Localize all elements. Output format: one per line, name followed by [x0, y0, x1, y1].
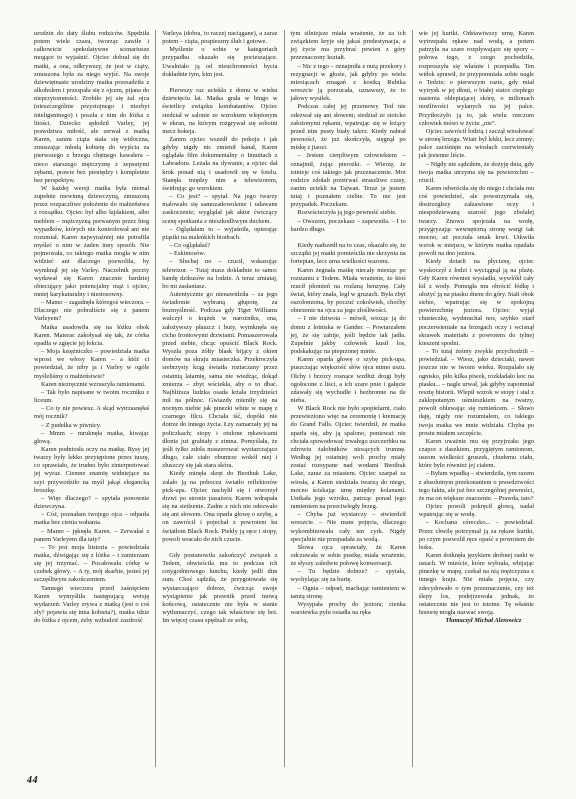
paragraph: Pierwszy raz uciekła z domu w wieku dzie… — [162, 87, 277, 136]
paragraph: Tamtego wieczora przed zaśnięciem Karen … — [34, 585, 149, 626]
paragraph: Karen niezręcznie wzruszyła ramionami. — [34, 381, 149, 389]
paragraph: Ojciec powoli pokręcił głową, nadal wpat… — [419, 503, 534, 519]
paragraph: – I nie dziwota – mówił, wioząc ją do do… — [291, 315, 406, 356]
paragraph: Karen żegnała matkę niecały miesiąc po r… — [291, 267, 406, 316]
paragraph: – Tu będzie dobrze? – spytała, wychylają… — [291, 568, 406, 584]
paragraph: – Oglądałam to – wyjaśniła, opierając pi… — [162, 226, 277, 242]
text-column-4: wie jej kurtki. Odstawiwszy urnę, Karen … — [412, 30, 540, 767]
paragraph: – To tutaj żeśmy zwykle przychodzili – p… — [419, 348, 534, 438]
paragraph: – Z pudełka w piwnicy. — [34, 422, 149, 430]
text-column-3: tym silniejsze miała wrażenie, że za ich… — [284, 30, 412, 767]
paragraph: – Nigdy nie sądziłem, że dożyję dnia, gd… — [419, 161, 534, 185]
paragraph: Słowa ojca sprawiały, że Karen odczuwała… — [291, 544, 406, 568]
paragraph: Kiedy nadszedł na to czas, okazało się, … — [291, 242, 406, 266]
text-column-1: urodzin do daty ślubu rodziców. Spędziła… — [28, 30, 155, 767]
text-column-2: Varleya (dobra, to raczej naciągane), a … — [155, 30, 283, 767]
paragraph: – To jest moja historia – powiedziała ma… — [34, 544, 149, 585]
paragraph: W każdej wersji matka była niemal zupełn… — [34, 185, 149, 299]
paragraph: tym silniejsze miała wrażenie, że za ich… — [291, 30, 406, 63]
paragraph: – Tak było napisane w twoim roczniku z l… — [34, 389, 149, 405]
paragraph: – Co oglądałaś? — [162, 242, 277, 250]
paragraph: – Eskimosów. — [162, 250, 277, 258]
paragraph: – Cóż, poznałam twojego ojca – odparła m… — [34, 511, 149, 527]
paragraph: – Chyba już wystarczy – stwierdził wresz… — [291, 511, 406, 544]
paragraph: Gdy postanowiła zakończyć związek z Tede… — [162, 552, 277, 625]
paragraph: – Nic z tego – oznajmiła z nutą przekory… — [291, 63, 406, 104]
paragraph: W Black Rock nie było spopielarni, ciało… — [291, 405, 406, 511]
paragraph: Kiedy minęła skręt do Beothuk Lake, zala… — [162, 470, 277, 543]
paragraph: – Co jest? – spytał. Na jego twarzy malo… — [162, 193, 277, 226]
translator-credit: Tłumaczył Michał Alenowicz — [419, 617, 534, 625]
paragraph: Podczas całej jej przemowy Ted nie odezw… — [291, 103, 406, 152]
paragraph: – Ognia – odparł, machając ramieniem w t… — [291, 585, 406, 601]
paragraph: Ojciec zawrócił łodzią i zaczął wiosłowa… — [419, 128, 534, 161]
paragraph: Kiedy dotarli na płyciznę, ojciec wyskoc… — [419, 258, 534, 348]
paragraph: Karen dotknęła językiem drobnej ranki w … — [419, 552, 534, 617]
paragraph: Karen oparła głowę o szybę pick-upa, pus… — [291, 356, 406, 405]
paragraph: Myślenie o sobie w kategoriach przypadku… — [162, 46, 277, 79]
paragraph: Wysypała prochy do jeziora; cienka warst… — [291, 601, 406, 617]
paragraph: Karen uważnie mu się przyjrzała: jego cz… — [419, 438, 534, 471]
paragraph: – Kochana córeczko... – powiedział. Prze… — [419, 519, 534, 552]
paragraph: Varleya (dobra, to raczej naciągane), a … — [162, 30, 277, 46]
text-area: urodzin do daty ślubu rodziców. Spędziła… — [28, 30, 540, 767]
paragraph: – Moja księżniczko – powiedziała matka w… — [34, 348, 149, 381]
paragraph: – Więc dlaczego? – spytała ponownie dzie… — [34, 495, 149, 511]
paragraph: Rozwścieczyła ją jego pewność siebie. — [291, 209, 406, 217]
book-page: urodzin do daty ślubu rodziców. Spędziła… — [0, 0, 576, 799]
page-number: 44 — [27, 775, 38, 786]
paragraph: – Byłam wpadką – stwierdziła, tym razem … — [419, 470, 534, 503]
paragraph: urodzin do daty ślubu rodziców. Spędziła… — [34, 30, 149, 185]
paragraph: Autentycznie go nienawidziła – za jego ś… — [162, 291, 277, 470]
paragraph: – Mamo – jęknęła Karen. – Zerwałaś z pan… — [34, 528, 149, 544]
paragraph: Zanim ojciec wszedł do pokoju i jak gdyb… — [162, 136, 277, 193]
paragraph: – Owszem, poczekasz – zapewniła. – I to … — [291, 218, 406, 234]
paragraph: – Jestem cierpliwym człowiekiem – oznajm… — [291, 152, 406, 209]
paragraph: – Słuchaj no – rzucił, wskazując telewiz… — [162, 258, 277, 291]
paragraph: – Co ty nie powiesz. A skąd wytrzasnęłaś… — [34, 405, 149, 421]
paragraph: Karen podniosła oczy na matkę. Rysy jej … — [34, 446, 149, 495]
paragraph: Karen odwróciła się do niego i chciała m… — [419, 185, 534, 258]
paragraph: wie jej kurtki. Odstawiwszy urnę, Karen … — [419, 30, 534, 128]
paragraph: Matka usadowiła się na łóżku obok Karen.… — [34, 324, 149, 348]
paragraph: – Mmm – mruknęła matka, kiwając głową. — [34, 430, 149, 446]
paragraph: – Mamo – zagadnęła któregoś wieczora. – … — [34, 299, 149, 323]
